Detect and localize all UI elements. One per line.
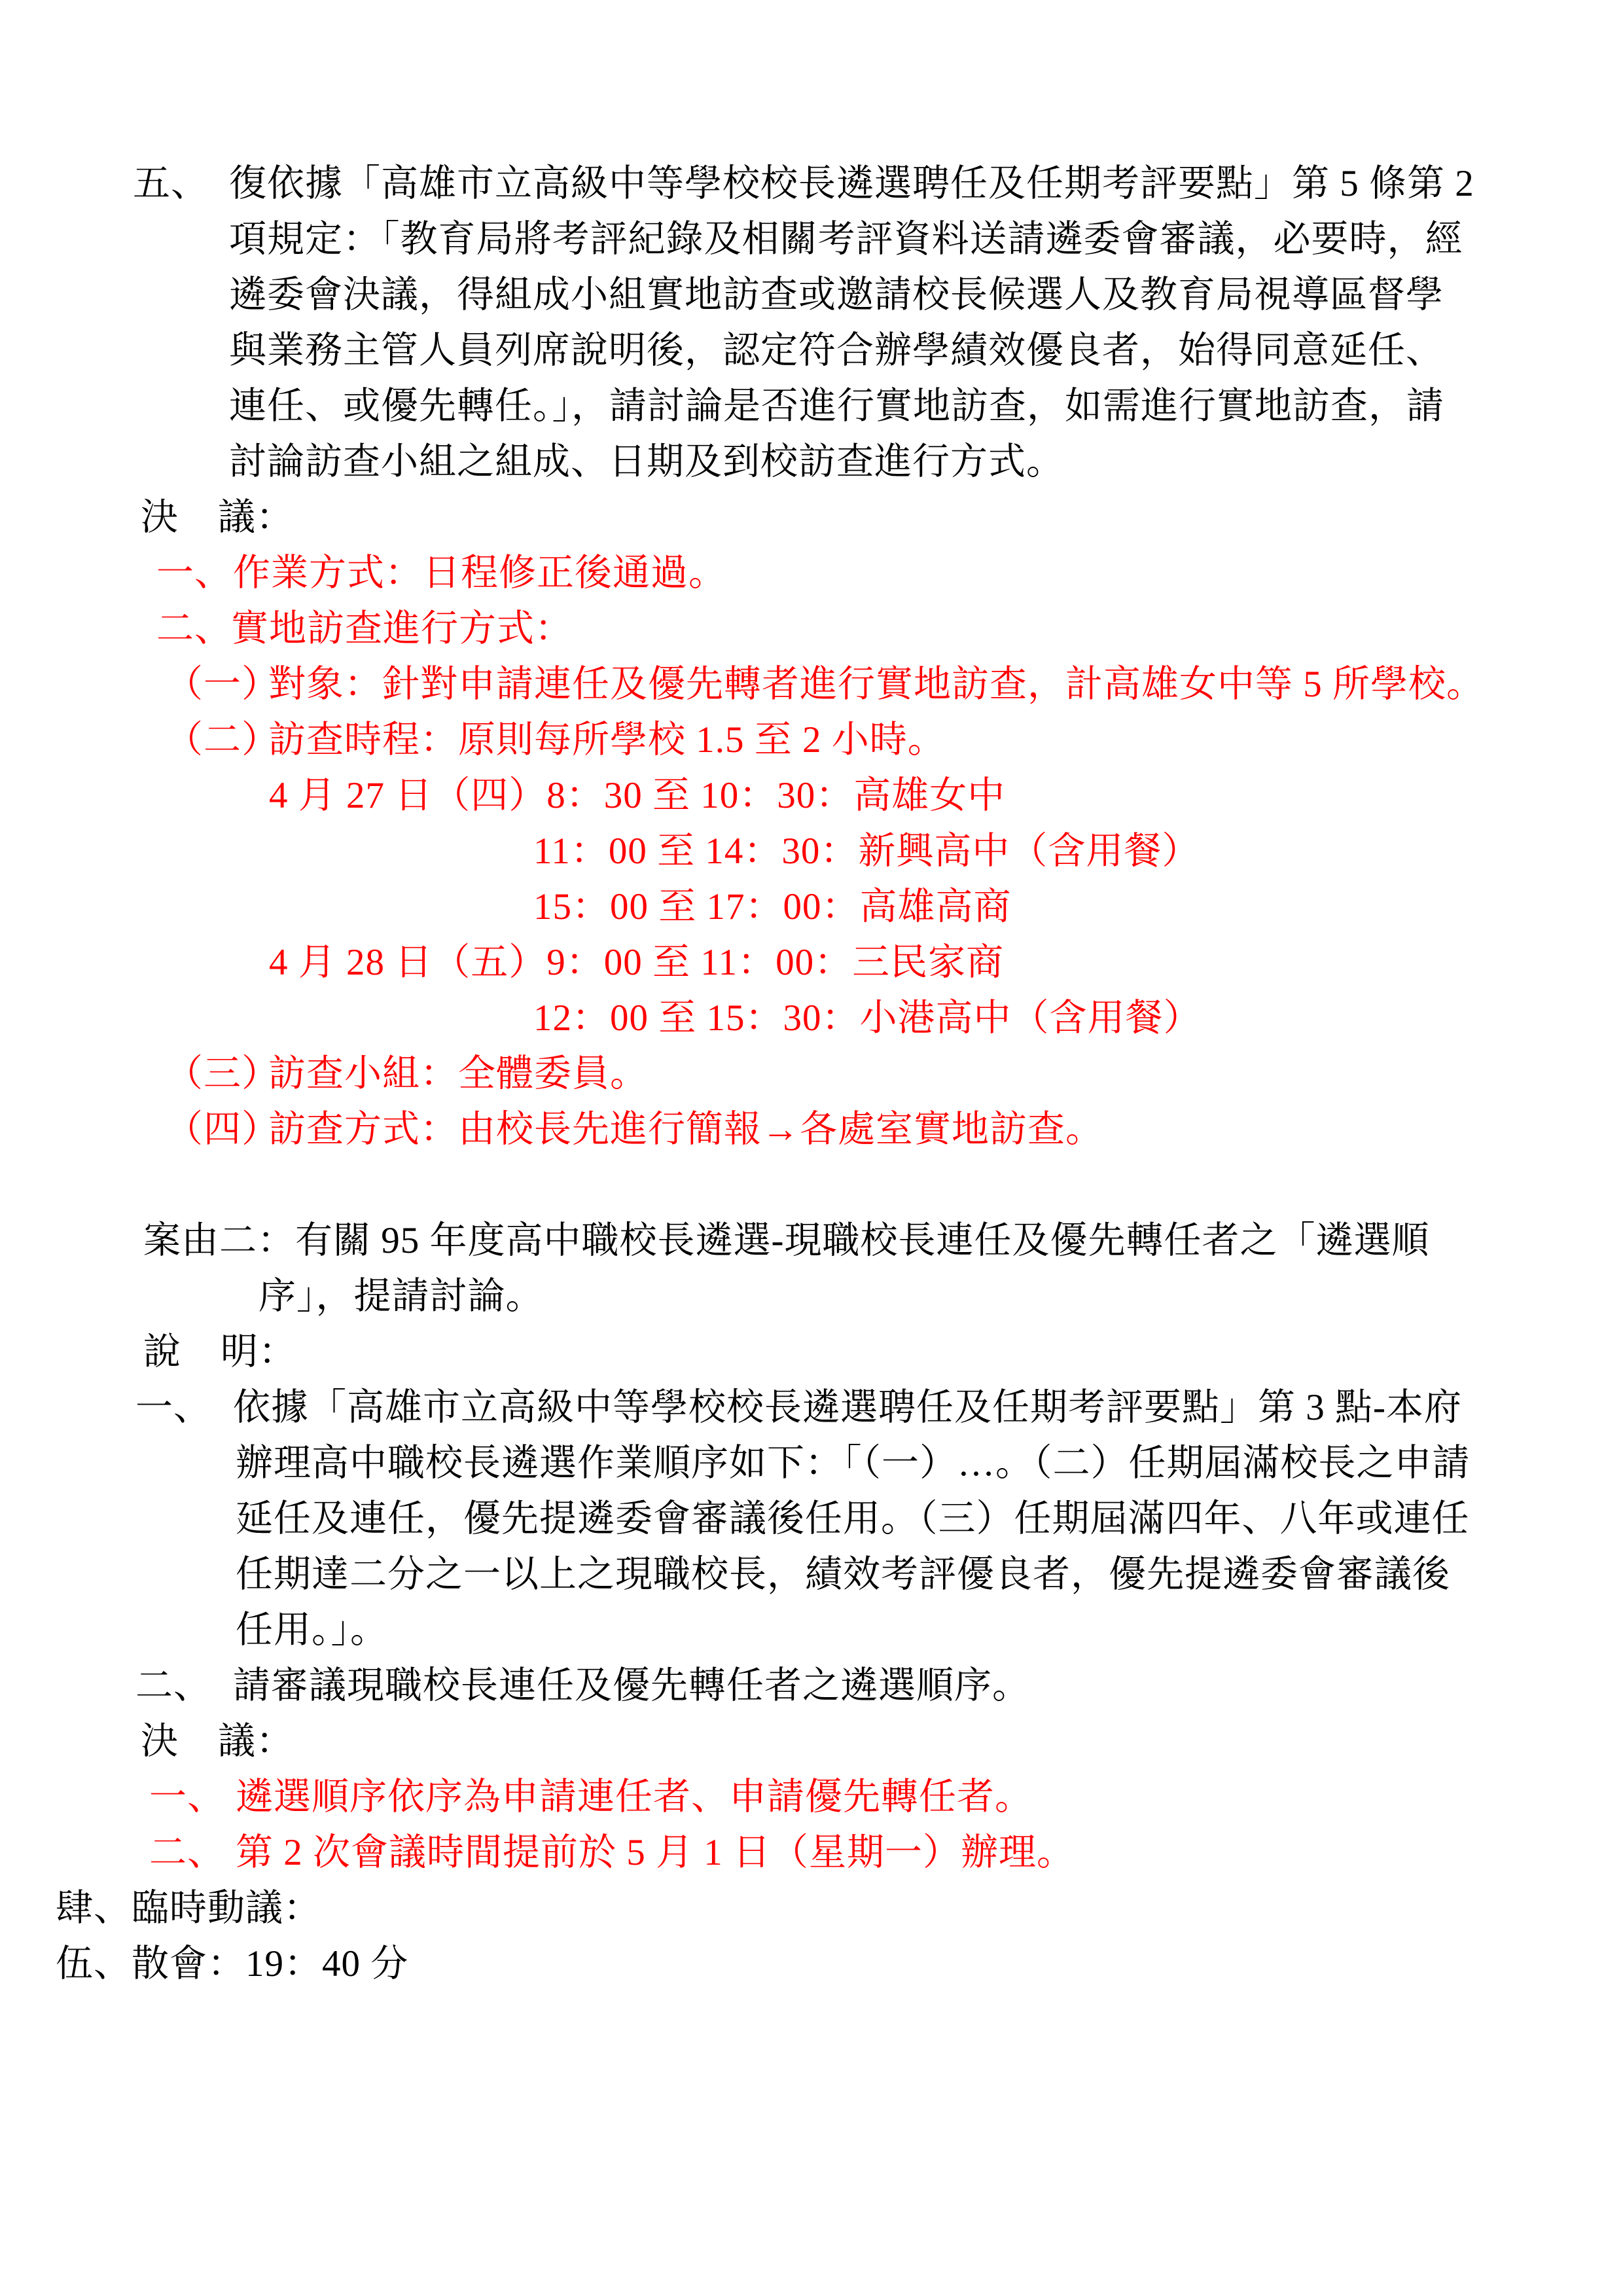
- list-marker: 決: [141, 490, 218, 545]
- doc-line: 一、依據「高雄市立高級中等學校校長遴選聘任及任期考評要點」第 3 點-本府: [0, 1380, 1623, 1435]
- doc-line: 任用。」。: [0, 1602, 1623, 1658]
- doc-line: 肆、臨時動議：: [0, 1880, 1623, 1936]
- doc-line: 討論訪查小組之組成、日期及到校訪查進行方式。: [0, 434, 1623, 490]
- doc-line: （二）訪查時程：原則每所學校 1.5 至 2 小時。: [0, 712, 1623, 768]
- list-marker: 一、: [135, 1380, 233, 1435]
- doc-line: 伍、散會：19：40 分: [0, 1936, 1623, 1992]
- list-marker: （四）: [166, 1102, 268, 1157]
- doc-line: 遴委會決議，得組成小組實地訪查或邀請校長候選人及教育局視導區督學: [0, 267, 1623, 323]
- list-marker: （二）: [166, 712, 268, 768]
- list-marker: 一、: [156, 545, 233, 601]
- list-marker: （一）: [166, 656, 268, 712]
- doc-line: 一、遴選順序依序為申請連任者、申請優先轉任者。: [0, 1769, 1623, 1825]
- list-marker: （三）: [166, 1046, 268, 1102]
- doc-line: （一）對象：針對申請連任及優先轉者進行實地訪查，計高雄女中等 5 所學校。: [0, 656, 1623, 712]
- doc-line: 4 月 27 日（四）8：30 至 10：30：高雄女中: [0, 768, 1623, 823]
- list-marker: 說: [143, 1324, 221, 1380]
- doc-line: 任期達二分之一以上之現職校長，績效考評優良者，優先提遴委會審議後: [0, 1547, 1623, 1602]
- doc-line: 案由二：有關 95 年度高中職校長遴選-現職校長連任及優先轉任者之「遴選順: [0, 1213, 1623, 1268]
- list-marker: 二、: [156, 601, 231, 656]
- doc-line: 辦理高中職校長遴選作業順序如下：「（一）…。（二）任期屆滿校長之申請: [0, 1435, 1623, 1491]
- doc-line: （三）訪查小組：全體委員。: [0, 1046, 1623, 1102]
- document-body: 五、復依據「高雄市立高級中等學校校長遴選聘任及任期考評要點」第 5 條第 2項規…: [0, 156, 1623, 1992]
- doc-line: 12：00 至 15：30：小港高中（含用餐）: [0, 990, 1623, 1046]
- list-marker: 二、: [149, 1825, 236, 1880]
- doc-line: 與業務主管人員列席說明後，認定符合辦學績效優良者，始得同意延任、: [0, 323, 1623, 378]
- doc-line: 一、作業方式：日程修正後通過。: [0, 545, 1623, 601]
- doc-line: 4 月 28 日（五）9：00 至 11：00：三民家商: [0, 935, 1623, 990]
- doc-line: 二、請審議現職校長連任及優先轉任者之遴選順序。: [0, 1658, 1623, 1713]
- doc-line: （四）訪查方式：由校長先進行簡報→各處室實地訪查。: [0, 1102, 1623, 1157]
- document-page: 五、復依據「高雄市立高級中等學校校長遴選聘任及任期考評要點」第 5 條第 2項規…: [0, 0, 1623, 2296]
- doc-line: 決議：: [0, 490, 1623, 545]
- list-marker: 五、: [133, 156, 229, 211]
- doc-line: 二、實地訪查進行方式：: [0, 601, 1623, 656]
- doc-line: 11：00 至 14：30：新興高中（含用餐）: [0, 823, 1623, 879]
- doc-line: 說明：: [0, 1324, 1623, 1380]
- doc-line: 序」，提請討論。: [0, 1268, 1623, 1324]
- blank-line: [0, 1157, 1623, 1213]
- doc-line: 二、第 2 次會議時間提前於 5 月 1 日（星期一）辦理。: [0, 1825, 1623, 1880]
- doc-line: 延任及連任，優先提遴委會審議後任用。（三）任期屆滿四年、八年或連任: [0, 1491, 1623, 1547]
- list-marker: 決: [141, 1713, 218, 1769]
- doc-line: 決議：: [0, 1713, 1623, 1769]
- list-marker: 二、: [135, 1658, 233, 1713]
- doc-line: 15：00 至 17：00：高雄高商: [0, 879, 1623, 935]
- list-marker: 一、: [149, 1769, 236, 1825]
- doc-line: 五、復依據「高雄市立高級中等學校校長遴選聘任及任期考評要點」第 5 條第 2: [0, 156, 1623, 211]
- doc-line: 連任、或優先轉任。」，請討論是否進行實地訪查，如需進行實地訪查，請: [0, 378, 1623, 434]
- doc-line: 項規定：「教育局將考評紀錄及相關考評資料送請遴委會審議，必要時，經: [0, 211, 1623, 267]
